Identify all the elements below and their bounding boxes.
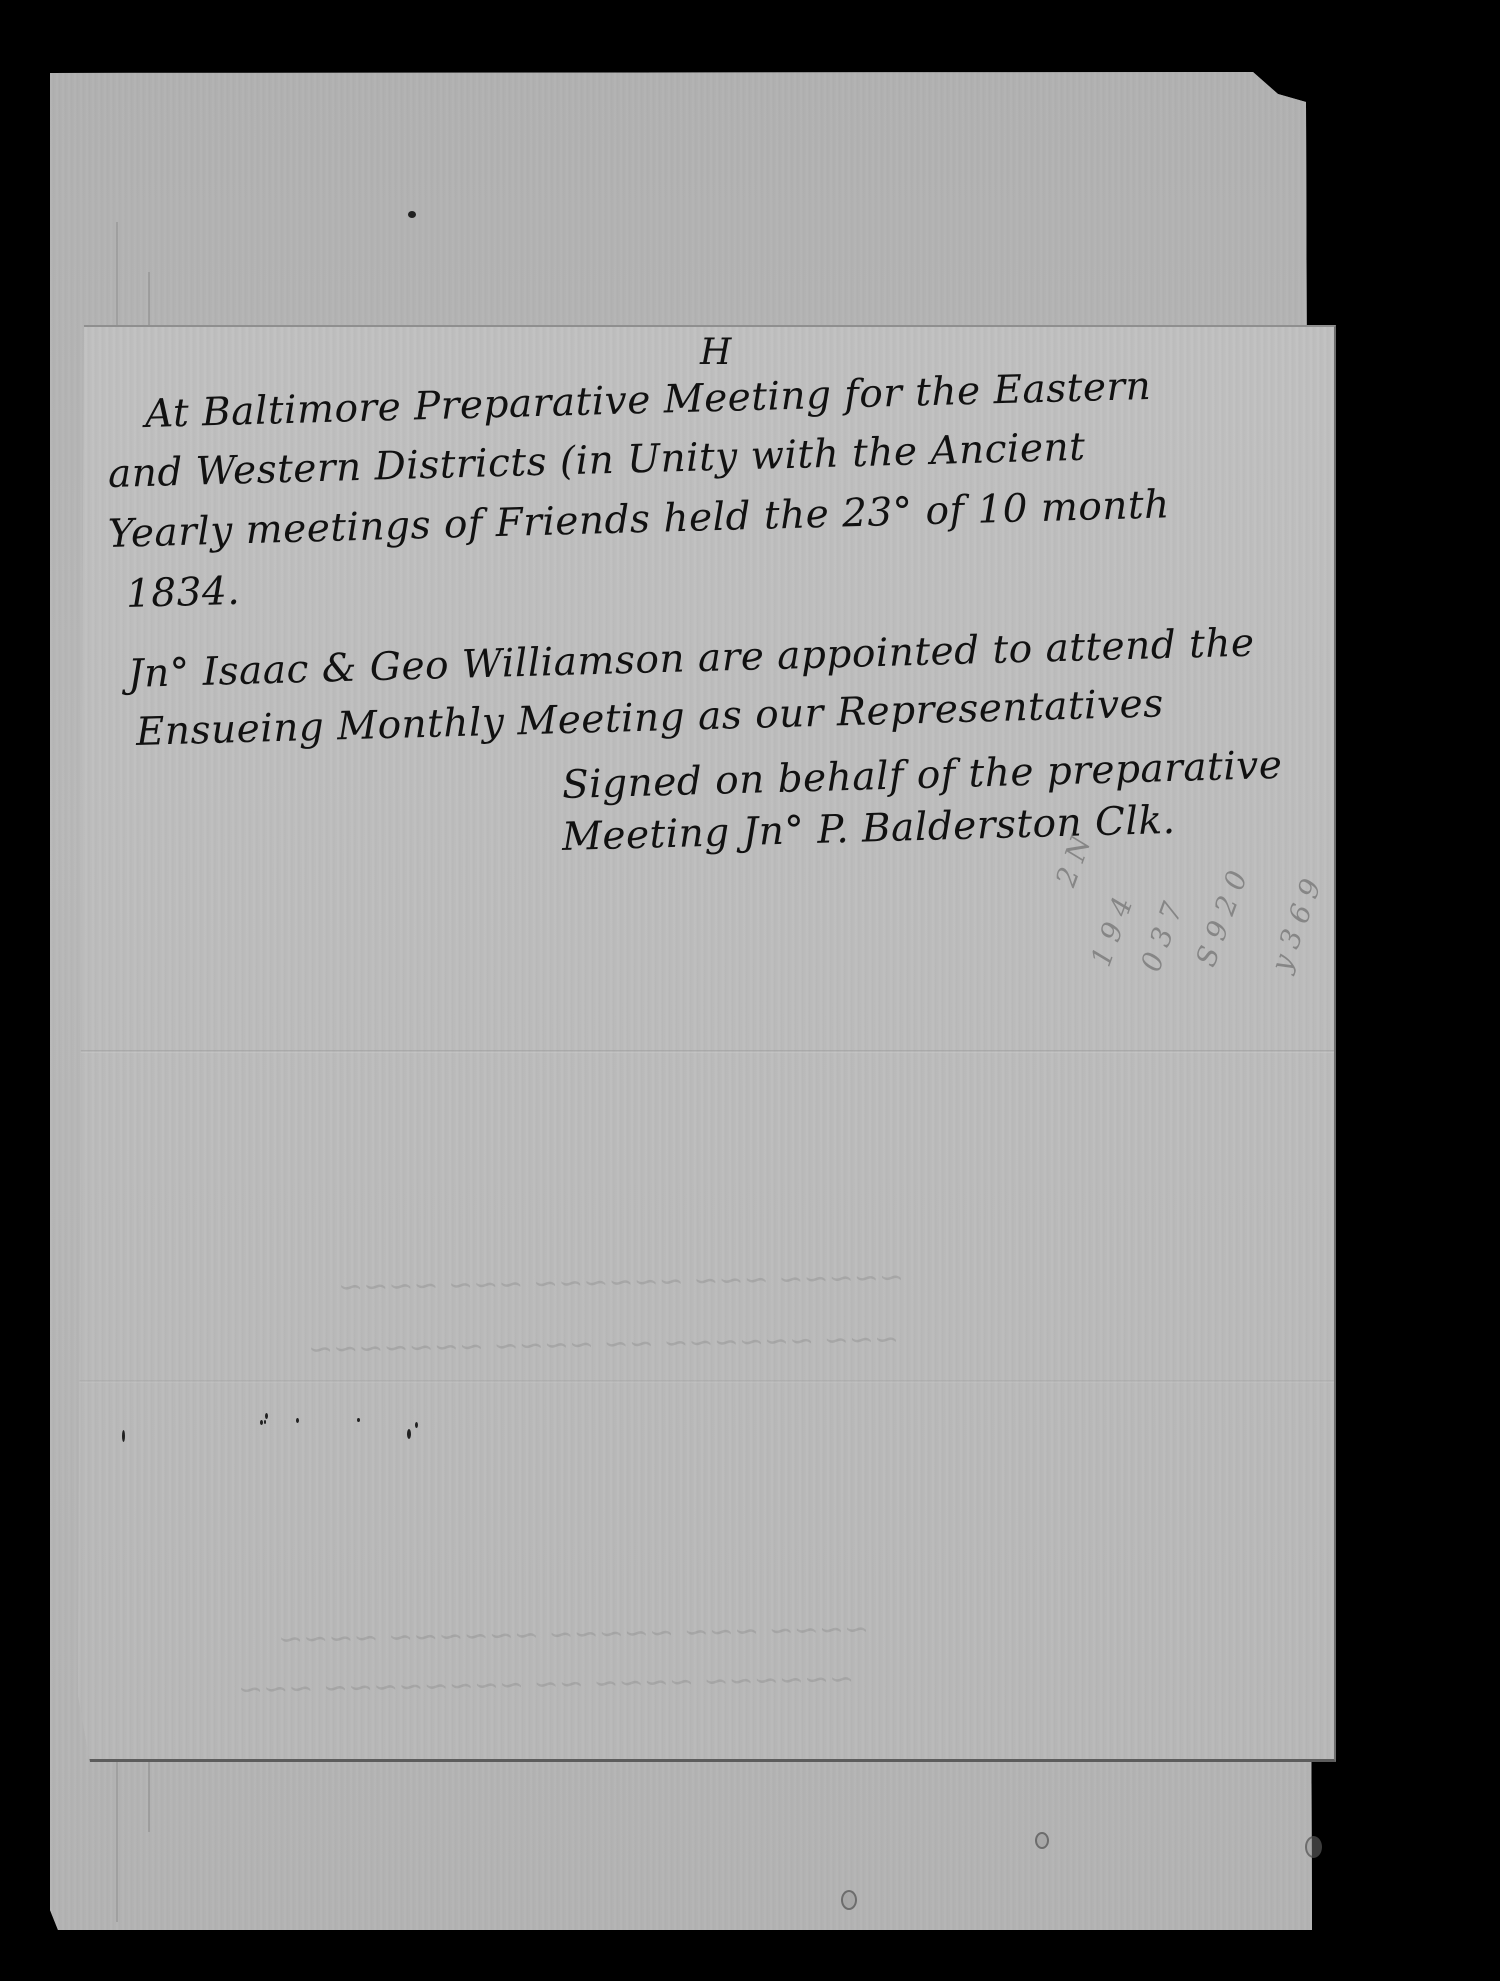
ink-speck — [265, 1413, 268, 1419]
paper-stain — [1035, 1832, 1049, 1849]
ink-speck — [260, 1420, 263, 1425]
bleed-through-text: ~~~~~~ ~~~~ ~~ ~~~~~~~~ ~~~ — [238, 1662, 855, 1708]
ink-speck — [264, 1420, 266, 1424]
fold-line — [78, 1380, 1334, 1383]
ink-speck — [415, 1422, 418, 1428]
bleed-through-text: ~~~~ ~~~ ~~~~~ ~~~~~~ ~~~~ — [278, 1612, 870, 1657]
bleed-through-text: ~~~~~ ~~~ ~~~~~~ ~~~ ~~~~ — [338, 1260, 905, 1305]
ink-speck — [296, 1418, 299, 1423]
ink-speck — [357, 1418, 360, 1422]
ink-speck — [407, 1429, 411, 1439]
ink-speck — [122, 1430, 125, 1442]
paper-stain — [1305, 1836, 1322, 1858]
paper-stain — [841, 1890, 857, 1910]
ink-speck — [408, 211, 416, 218]
fold-line — [78, 1050, 1334, 1053]
header-date-year: 1834. — [125, 569, 240, 617]
page-marker: H — [700, 332, 732, 373]
bleed-through-text: ~~~ ~~~~~~ ~~ ~~~~ ~~~~~~~ — [308, 1322, 900, 1367]
